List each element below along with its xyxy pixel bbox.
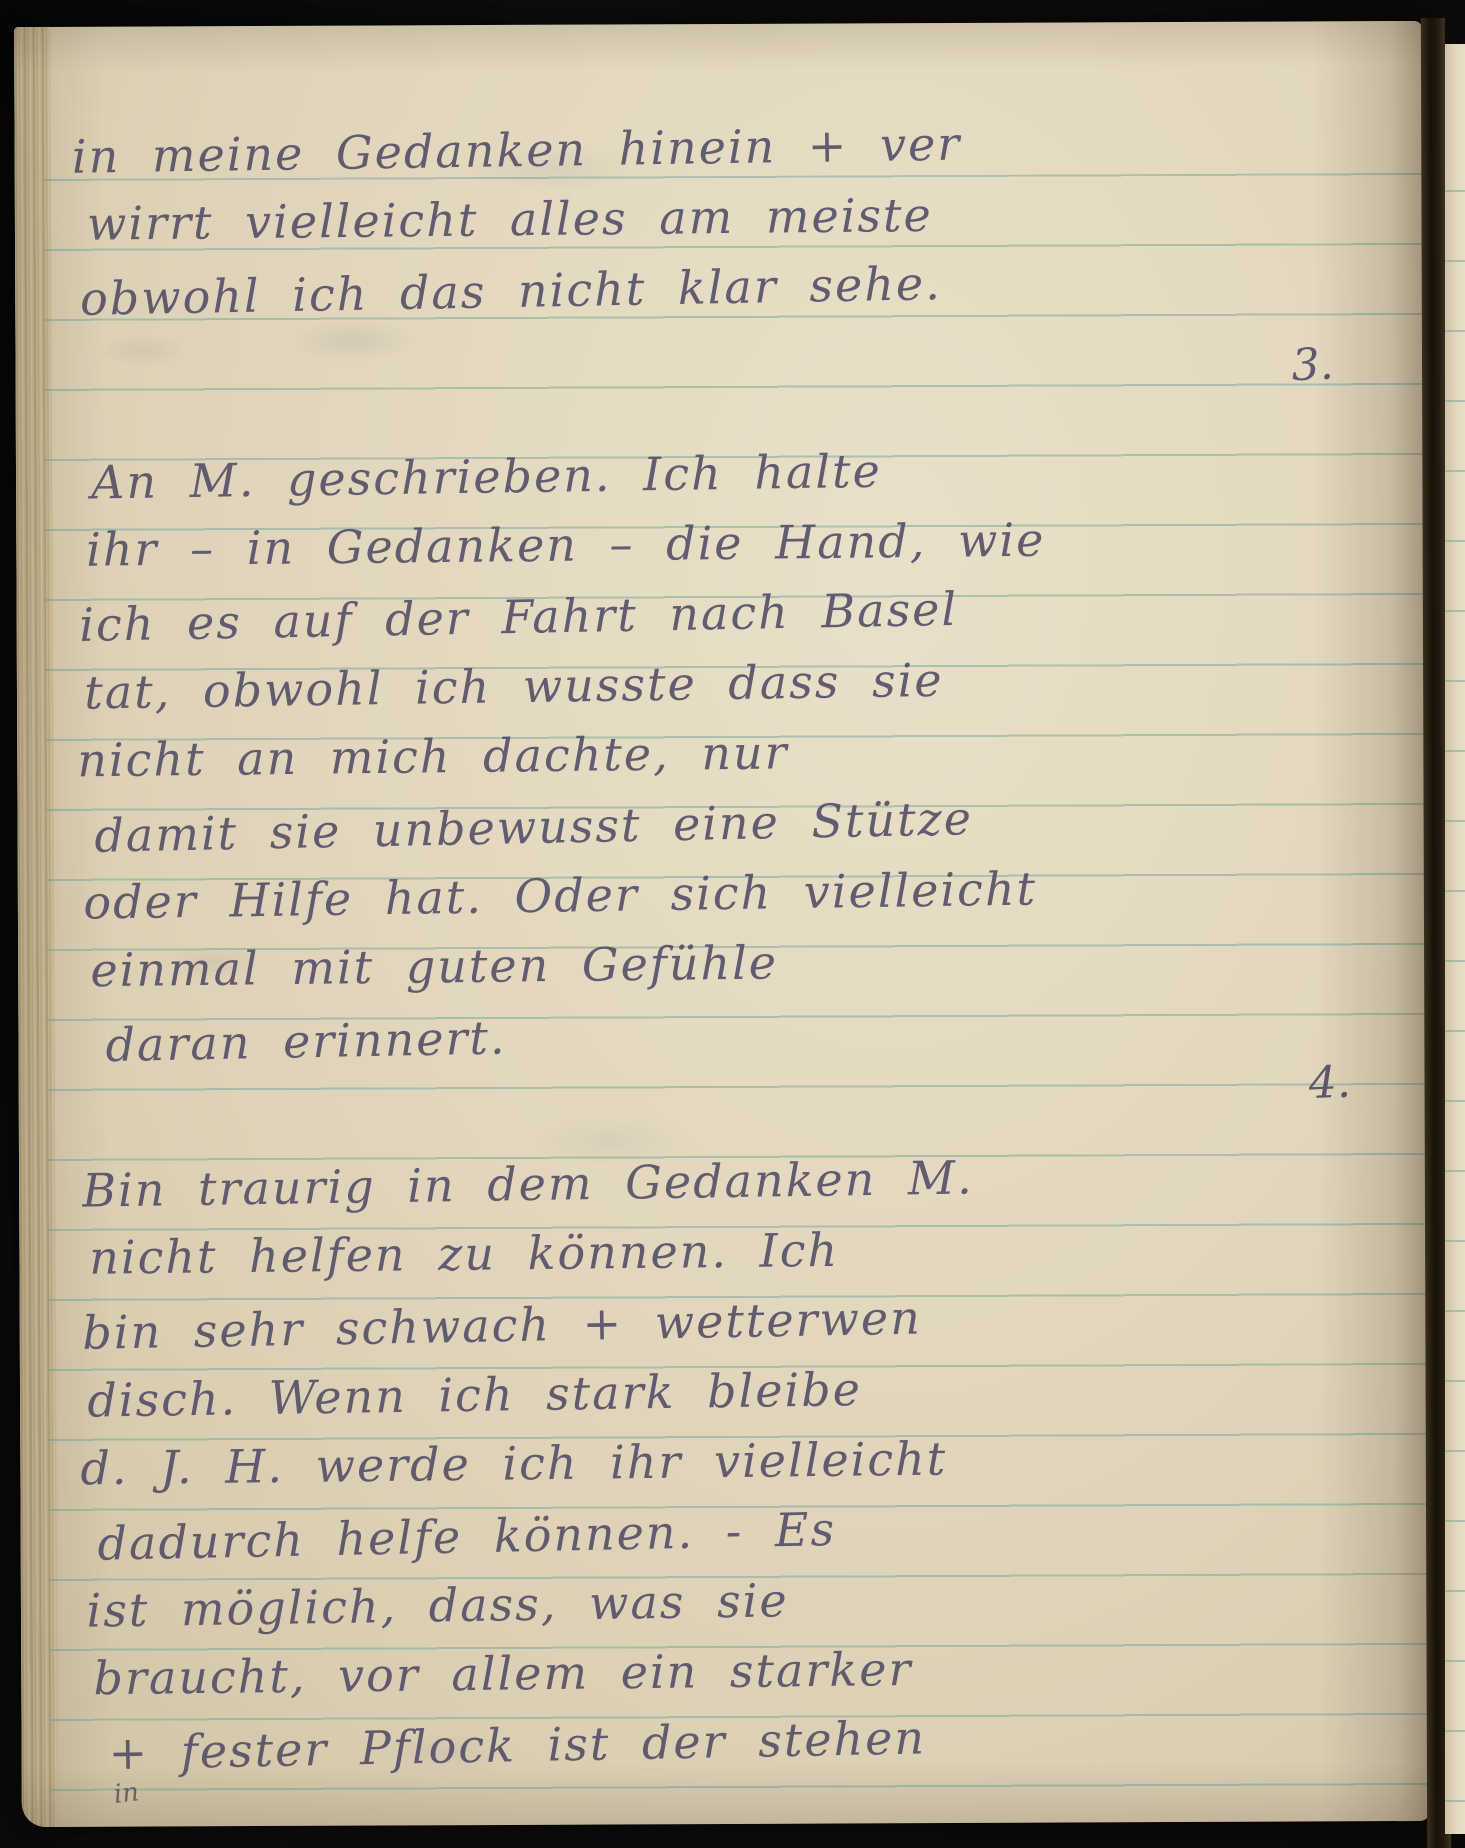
- handwriting-paragraph-2: An M. geschrieben. Ich halte ihr – in Ge…: [71, 428, 1400, 1078]
- handwriting-paragraph-3: Bin traurig in dem Gedanken M. nicht hel…: [74, 1136, 1403, 1786]
- scanned-notebook-photo: in meine Gedanken hinein + ver wirrt vie…: [0, 0, 1465, 1848]
- adjacent-page-ruled-lines: [1445, 190, 1465, 1810]
- section-number-4: 4.: [1308, 1057, 1352, 1110]
- handwriting-paragraph-1: in meine Gedanken hinein + ver wirrt vie…: [71, 102, 1394, 332]
- adjacent-page-edge: [1445, 44, 1465, 1834]
- insertion-mark: in: [112, 1777, 140, 1810]
- section-number-3: 3.: [1291, 339, 1335, 392]
- notebook-page: in meine Gedanken hinein + ver wirrt vie…: [14, 21, 1430, 1827]
